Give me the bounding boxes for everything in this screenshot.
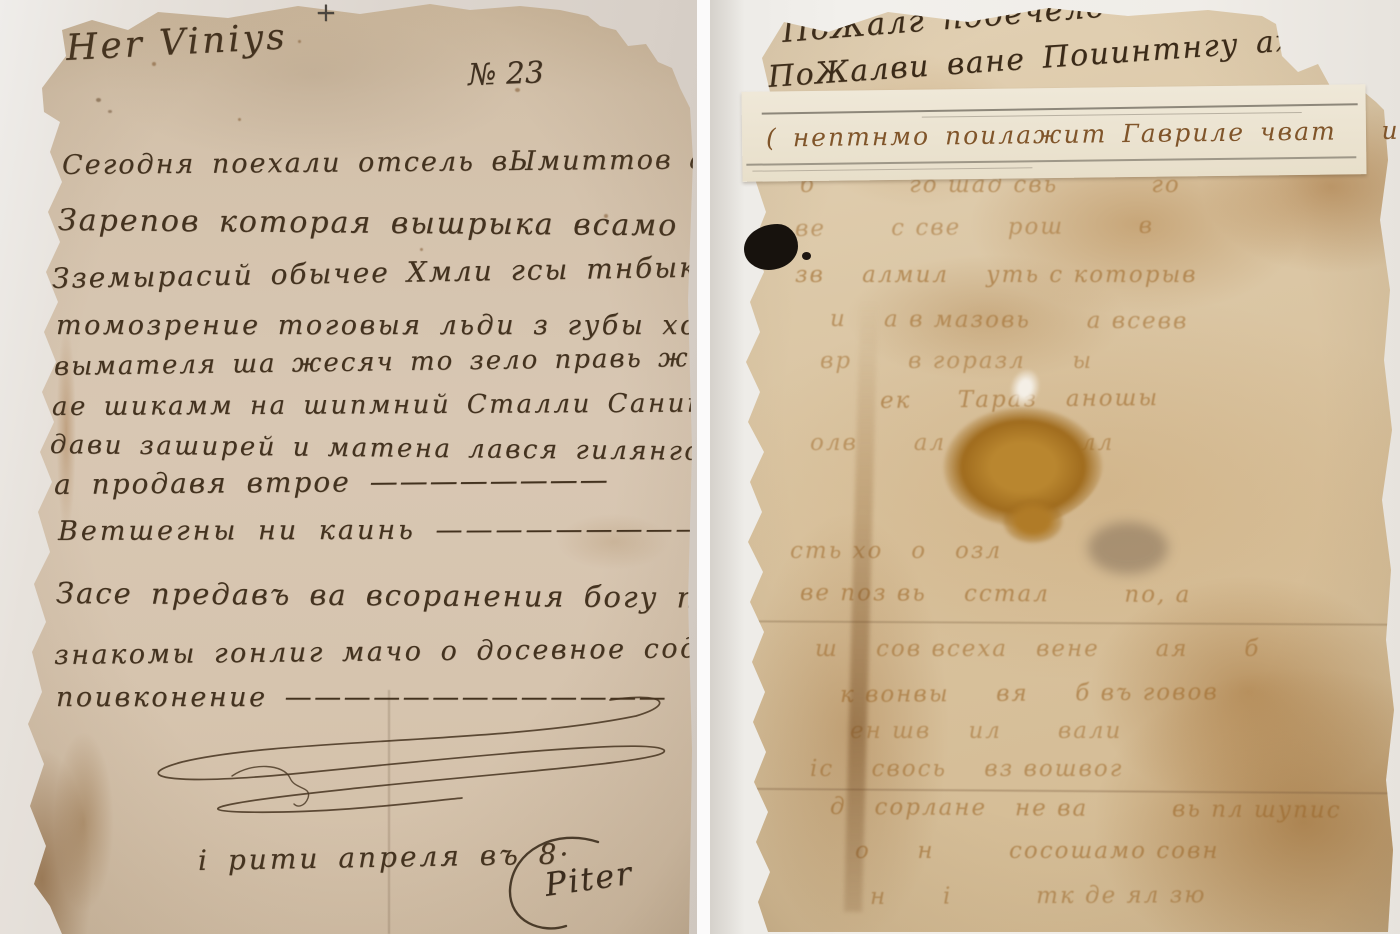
photo-right-leaf: ПоЖалг побечело Гоподинг Генеро ПоЖалви … bbox=[710, 0, 1400, 934]
faded-text-line: ен шв ил вали bbox=[850, 718, 1122, 744]
faded-text-line: и а в мазовь а всевв bbox=[830, 306, 1189, 335]
faded-text-line: зв алмил уть с которыв bbox=[795, 262, 1198, 288]
faded-text-line: ш сов всеха вене ая б bbox=[815, 636, 1260, 662]
photographed-manuscript-spread: Her Viniys № 23 Сегодня поехали отсель в… bbox=[0, 0, 1400, 934]
date-curl-flourish bbox=[232, 766, 309, 806]
pen-flourish-strokes bbox=[0, 0, 697, 934]
stain-lobe bbox=[1002, 498, 1064, 544]
slip-ruled-line bbox=[746, 156, 1356, 165]
fold-crease bbox=[740, 620, 1390, 625]
archive-cross-mark: + bbox=[315, 0, 337, 28]
tissue-guard-edge bbox=[710, 0, 744, 934]
photo-left-leaf: Her Viniys № 23 Сегодня поехали отсель в… bbox=[0, 0, 697, 934]
gray-smudge bbox=[1088, 522, 1168, 574]
closing-flourish bbox=[158, 697, 664, 812]
faded-text-line: сть хо о озл bbox=[790, 538, 1002, 564]
faded-text-line: н і тк де ял зю bbox=[870, 882, 1207, 910]
slip-ruled-line bbox=[752, 167, 1032, 171]
faded-text-line: к вонвы вя б въ говов bbox=[840, 679, 1219, 708]
faded-text-line: д сорлане не ва вь пл шупис bbox=[830, 794, 1342, 824]
faded-text-line: ве с све рош в bbox=[795, 213, 1154, 242]
slip-text-line: ( нептнмо поилажит Гавриле чват и б bbox=[766, 115, 1400, 152]
pasted-slip: ( нептнмо поилажит Гавриле чват и б bbox=[741, 84, 1366, 182]
black-ink-droplet bbox=[802, 252, 811, 260]
signature-swash bbox=[510, 838, 598, 929]
left-leaf-paper: Her Viniys № 23 Сегодня поехали отсель в… bbox=[0, 0, 697, 934]
faded-text-line: о н сосошамо совн bbox=[855, 838, 1220, 864]
